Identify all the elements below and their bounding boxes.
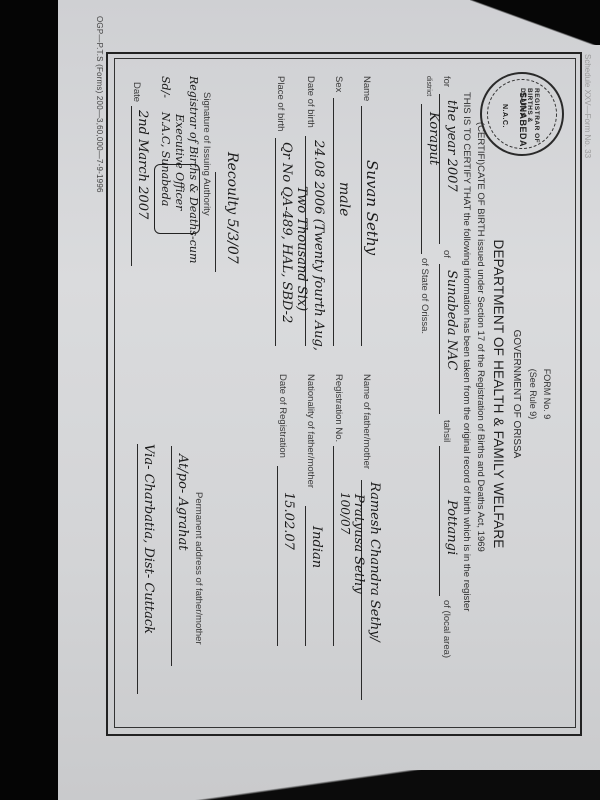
child-sex: male (336, 182, 352, 216)
date-label: Date (131, 82, 142, 102)
signature-label: Signature of Issuing Authority (201, 92, 212, 216)
issuing-signature: Recoulty 5/3/07 (224, 152, 240, 264)
dob-label: Date of birth (305, 76, 316, 128)
printer-code: OGP—P.T.S (Forms) 200—3,60,000—7-9-1996 (95, 16, 104, 193)
registration-date-label: Date of Registration (277, 374, 288, 458)
name-label: Name (361, 76, 372, 101)
underline (171, 446, 172, 666)
underline (131, 106, 132, 266)
local-area-label: of (local area) (441, 600, 452, 658)
sex-label: Sex (333, 76, 344, 92)
parent-name-label: Name of father/mother (361, 374, 372, 469)
registrar-title-line-2: Executive Officer (173, 114, 186, 210)
nationality-label: Nationality of father/mother (305, 374, 316, 488)
mother-name: Pratyusa Sethy (351, 494, 366, 594)
address-label: Permanent address of father/mother (193, 492, 204, 645)
underline (439, 264, 440, 414)
underline (361, 106, 362, 346)
state-label: of State of Orissa. (419, 258, 430, 334)
certify-statement: THIS IS TO CERTIFY THAT the following in… (461, 92, 472, 611)
underline (137, 444, 138, 694)
address-line-2: Via- Charbatia, Dist- Cuttack (141, 444, 156, 634)
background-shadow (0, 770, 600, 800)
child-name: Suvan Sethy (363, 160, 381, 255)
form-number: FORM No. 9 (542, 14, 552, 774)
of-label: of (441, 250, 452, 258)
underline (275, 138, 276, 346)
dob-value-line-2: Two Thousand Six) (294, 186, 309, 311)
underline (305, 506, 306, 646)
registration-date: 15.02.07 (281, 492, 296, 550)
certificate-statement: (CERTIFI)CATE OF BIRTH issued under Sect… (475, 122, 486, 552)
district-label: district (425, 76, 432, 96)
underline (333, 98, 334, 346)
registrar-title-line-1: Registrar of Births & Deaths-cum (187, 76, 200, 263)
register-place: Sunabeda NAC (444, 270, 459, 370)
underline (439, 446, 440, 596)
address-line-1: At/po- Agrahat (175, 454, 190, 550)
signature-underline (215, 172, 216, 272)
dob-value-line-1: 24.08 2006 (Twenty fourth Aug, (311, 140, 326, 351)
pob-value: Qr No QA-489, HAL, SBD-2 (279, 142, 294, 323)
tahsil-label: tahsil (441, 420, 452, 442)
registration-no: 100/07 (338, 492, 352, 534)
registration-no-label: Registration No. (333, 374, 344, 442)
district-value: Koraput (426, 112, 441, 165)
nationality-value: Indian (309, 526, 324, 568)
birth-certificate: Schedule XXV—Form No. 33 OGP—P.T.S (Form… (90, 14, 600, 774)
underline (277, 466, 278, 646)
tahsil-value: Pottangi (444, 500, 459, 555)
pob-label: Place of birth (275, 76, 286, 131)
schedule-code: Schedule XXV—Form No. 33 (583, 54, 592, 158)
register-year: the year 2007 (444, 100, 459, 192)
registrar-title-line-3: N.A.C, Sunabeda (159, 112, 172, 206)
issue-date: 2nd March 2007 (135, 110, 150, 219)
department-heading: DEPARTMENT OF HEALTH & FAMILY WELFARE (491, 14, 506, 774)
for-label: for (441, 76, 452, 87)
father-name: Ramesh Chandra Sethy/ (367, 482, 382, 642)
underline (421, 104, 422, 254)
registrar-prefix: Sd/- (159, 76, 172, 98)
government-heading: GOVERNMENT OF ORISSA (511, 14, 522, 774)
underline (333, 446, 334, 646)
see-rule: (See Rule 9) (528, 14, 538, 774)
